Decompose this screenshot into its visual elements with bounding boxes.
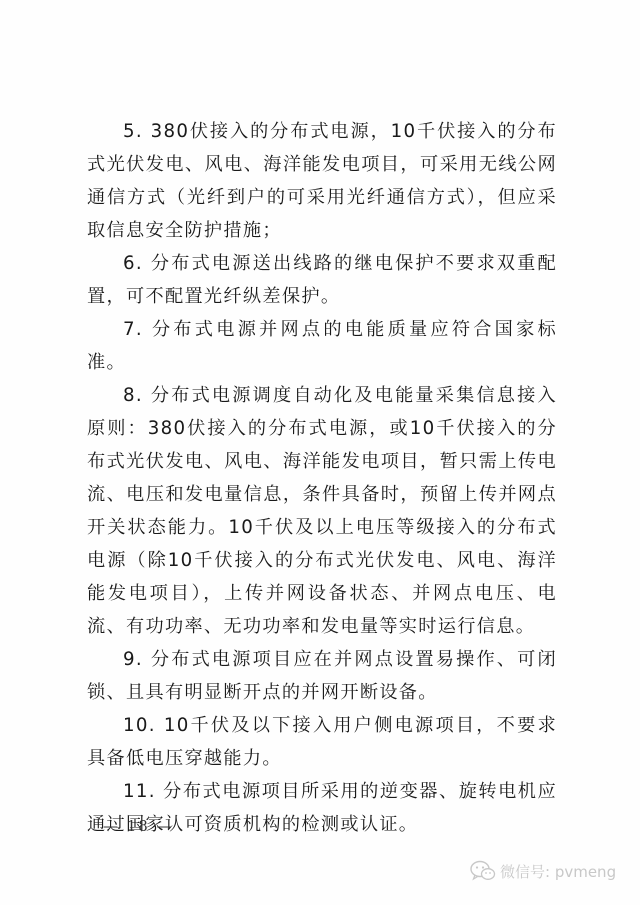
watermark-text: 微信号: pvmeng [500, 861, 616, 882]
wechat-icon [470, 860, 496, 882]
paragraph-item-8: 8. 分布式电源调度自动化及电能量采集信息接入原则：380伏接入的分布式电源，或… [87, 379, 557, 643]
document-page: 5. 380伏接入的分布式电源，10千伏接入的分布式光伏发电、风电、海洋能发电项… [0, 0, 640, 905]
paragraph-item-7: 7. 分布式电源并网点的电能质量应符合国家标准。 [87, 313, 557, 379]
paragraph-item-6: 6. 分布式电源送出线路的继电保护不要求双重配置，可不配置光纤纵差保护。 [87, 247, 557, 313]
wechat-watermark: 微信号: pvmeng [470, 860, 616, 882]
paragraph-item-10: 10. 10千伏及以下接入用户侧电源项目，不要求具备低电压穿越能力。 [87, 709, 557, 775]
paragraph-item-9: 9. 分布式电源项目应在并网点设置易操作、可闭锁、且具有明显断开点的并网开断设备… [87, 643, 557, 709]
paragraph-item-5: 5. 380伏接入的分布式电源，10千伏接入的分布式光伏发电、风电、海洋能发电项… [87, 115, 557, 247]
document-body: 5. 380伏接入的分布式电源，10千伏接入的分布式光伏发电、风电、海洋能发电项… [87, 115, 557, 841]
page-number: — 18 — [103, 817, 174, 835]
